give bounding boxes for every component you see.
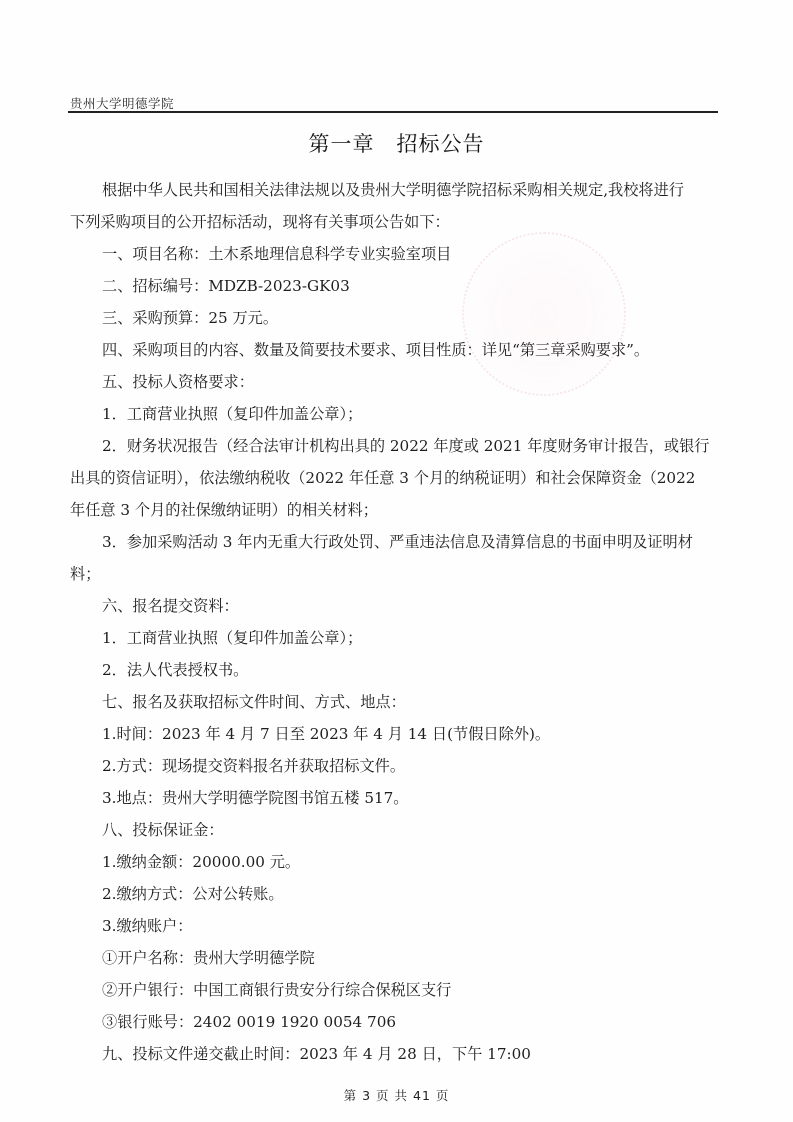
deposit-bank: ②开户银行：中国工商银行贵安分行综合保税区支行 (102, 980, 451, 1000)
deposit-heading: 八、投标保证金： (102, 820, 224, 840)
document-page: 贵州大学明德学院 第一章招标公告 根据中华人民共和国相关法律法规以及贵州大学明德… (0, 0, 793, 1122)
intro-paragraph-line-1: 根据中华人民共和国相关法律法规以及贵州大学明德学院招标采购相关规定,我校将进行 (102, 180, 684, 200)
qualification-heading: 五、投标人资格要求： (102, 372, 254, 392)
qualification-item-3-line-1: 3．参加采购活动 3 年内无重大行政处罚、严重违法信息及清算信息的书面申明及证明… (102, 532, 693, 552)
registration-time: 1.时间：2023 年 4 月 7 日至 2023 年 4 月 14 日(节假日… (102, 724, 550, 744)
registration-doc-1: 1．工商营业执照（复印件加盖公章）； (102, 628, 362, 648)
registration-doc-2: 2．法人代表授权书。 (102, 660, 248, 680)
intro-paragraph-line-2: 下列采购项目的公开招标活动，现将有关事项公告如下： (70, 212, 450, 232)
registration-heading: 七、报名及获取招标文件时间、方式、地点： (102, 692, 406, 712)
project-name: 一、项目名称：土木系地理信息科学专业实验室项目 (102, 244, 451, 264)
tender-number: 二、招标编号：MDZB-2023-GK03 (102, 276, 350, 296)
footer-suffix: 页 (436, 1088, 450, 1103)
chapter-heading: 招标公告 (397, 132, 485, 156)
page-footer: 第 3 页 共 41 页 (0, 1086, 793, 1104)
total-page-count: 41 (413, 1088, 431, 1103)
budget: 三、采购预算：25 万元。 (102, 308, 278, 328)
chapter-title: 第一章招标公告 (0, 128, 793, 158)
registration-method: 2.方式：现场提交资料报名并获取招标文件。 (102, 756, 405, 776)
qualification-item-2-line-1: 2．财务状况报告（经合法审计机构出具的 2022 年度或 2021 年度财务审计… (102, 436, 709, 456)
procurement-content: 四、采购项目的内容、数量及简要技术要求、项目性质：详见“第三章采购要求”。 (102, 340, 649, 360)
deposit-account-number: ③银行账号：2402 0019 1920 0054 706 (102, 1012, 396, 1032)
footer-prefix: 第 (344, 1088, 358, 1103)
deposit-amount: 1.缴纳金额：20000.00 元。 (102, 852, 300, 872)
chapter-number: 第一章 (309, 132, 375, 156)
qualification-item-3-line-2: 料； (70, 564, 100, 584)
registration-location: 3.地点：贵州大学明德学院图书馆五楼 517。 (102, 788, 409, 808)
footer-middle: 页 共 (376, 1088, 408, 1103)
qualification-item-2-line-2: 出具的资信证明），依法缴纳税收（2022 年任意 3 个月的纳税证明）和社会保障… (70, 468, 695, 488)
qualification-item-1: 1．工商营业执照（复印件加盖公章）； (102, 404, 362, 424)
deposit-account-heading: 3.缴纳账户： (102, 916, 192, 936)
current-page-number: 3 (362, 1088, 371, 1103)
submission-deadline: 九、投标文件递交截止时间：2023 年 4 月 28 日，下午 17:00 (102, 1044, 531, 1064)
qualification-item-2-line-3: 年任意 3 个月的社保缴纳证明）的相关材料； (70, 500, 378, 520)
registration-docs-heading: 六、报名提交资料： (102, 596, 239, 616)
running-header: 贵州大学明德学院 (70, 94, 174, 112)
deposit-method: 2.缴纳方式：公对公转账。 (102, 884, 284, 904)
header-divider (68, 111, 718, 113)
faded-seal-stamp (462, 232, 626, 396)
deposit-account-name: ①开户名称：贵州大学明德学院 (102, 948, 315, 968)
